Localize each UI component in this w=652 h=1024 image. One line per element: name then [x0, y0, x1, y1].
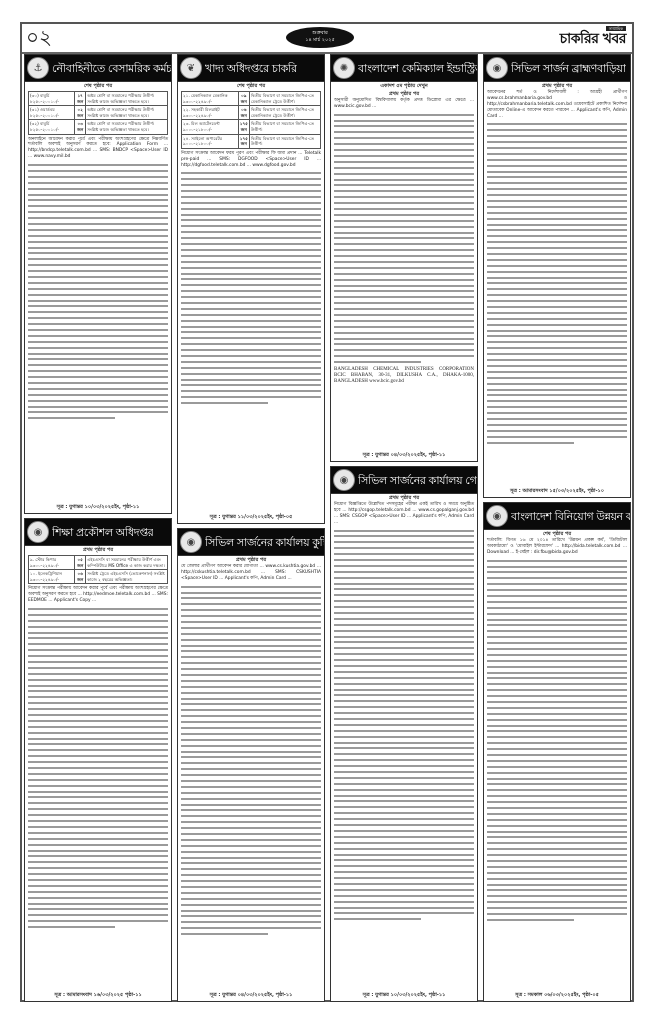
vacancy-table: ৯. স্টোর কিপার ৯৩০০-২২৪৯০/-০৫ জনএইচএসসি … [28, 555, 168, 584]
source-line: সূত্র : যুগান্তর ১০/০৩/২০২৫ইং, পৃষ্ঠা-১১ [331, 992, 477, 999]
body-text-block [484, 123, 630, 443]
section-food-department: ❦ খাদ্য অধিদপ্তরে চাকরি শেষ পৃষ্ঠার পর ২… [177, 54, 325, 524]
section-subheading: প্রথম পৃষ্ঠার পর [331, 90, 477, 98]
table-row: ২২. সহকারী মিলরাইট ৯৩০০-২২৪৯০/-০৬ জনদ্বি… [182, 106, 321, 120]
section-banner: ⚓ নৌবাহিনীতে বেসামরিক কর্মচারী নিয়োগ [25, 55, 171, 82]
section-subheading: প্রথম পৃষ্ঠার পর [484, 82, 630, 90]
government-seal-icon: ◉ [486, 57, 508, 79]
table-row: (৩১) ওয়ার্ডবয় ৮২৫০-২০০১০/-০২ জনঅষ্টম শ… [29, 106, 168, 120]
table-row: ২১. মেকানিক্যাল মেকানিক ৯৩০০-২২৪৯০/-০৯ জ… [182, 92, 321, 106]
section-banner: ◉ বাংলাদেশ বিনিয়োগ উন্নয়ন কর্তৃপক্ষ [484, 503, 630, 530]
government-seal-icon: ◉ [180, 531, 202, 553]
section-subheading-top: একাদশ ৫ম পৃষ্ঠায় দেখুন [331, 82, 477, 90]
body-text-block [25, 608, 171, 928]
date-text: ১৪ মার্চ ২০২৫ [286, 37, 354, 44]
section-education-engineering: ◉ শিক্ষা প্রকৌশল অধিদপ্তর প্রথম পৃষ্ঠার … [24, 518, 172, 1002]
body-text-block [178, 586, 324, 936]
section-civil-surgeon-gopalganj: ◉ সিভিল সার্জনের কার্যালয় গোপালগঞ্জ প্র… [330, 466, 478, 1002]
brand-name: চাকরির খবর [560, 31, 626, 47]
section-title: শিক্ষা প্রকৌশল অধিদপ্তর [52, 526, 153, 539]
section-banner: ✺ বাংলাদেশ কেমিক্যাল ইন্ডাস্ট্রিজ [331, 55, 477, 82]
bcic-emblem-icon: ✺ [333, 57, 355, 79]
section-body: অনলাইনে আবেদন করার পূর্বে এবং পরীক্ষায় … [25, 137, 171, 161]
section-subheading: প্রথম পৃষ্ঠার পর [178, 556, 324, 564]
section-subheading: শেষ পৃষ্ঠার পর [178, 82, 324, 90]
table-row: ৯. স্টোর কিপার ৯৩০০-২২৪৯০/-০৫ জনএইচএসসি … [29, 556, 168, 570]
government-seal-icon: ◉ [486, 505, 508, 527]
section-chemical-industries: ✺ বাংলাদেশ কেমিক্যাল ইন্ডাস্ট্রিজ একাদশ … [330, 54, 478, 462]
date-day: শুক্রবার [286, 30, 354, 37]
section-banner: ❦ খাদ্য অধিদপ্তরে চাকরি [178, 55, 324, 82]
section-body: শর্তাবলি: বিগত ১৬ মে ২০১৪ তারিখে 'উন্নয়… [484, 538, 630, 556]
body-text-block [25, 164, 171, 419]
source-line: সূত্র : আমারসংবাদ ১৬/০৩/২০২৫ পৃষ্ঠা-১১ [25, 992, 171, 999]
vacancy-table: ২১. মেকানিক্যাল মেকানিক ৯৩০০-২২৪৯০/-০৯ জ… [181, 91, 321, 149]
section-banner: ◉ সিভিল সার্জনের কার্যালয় কুষ্টিয়া [178, 529, 324, 556]
section-title: বাংলাদেশ কেমিক্যাল ইন্ডাস্ট্রিজ [358, 62, 477, 75]
government-seal-icon: ◉ [333, 469, 355, 491]
section-civil-surgeon-brahmanbaria: ◉ সিভিল সার্জন ব্রাহ্মণবাড়িয়া প্রথম পৃ… [483, 54, 631, 498]
source-line: সূত্র : যুগান্তর ০৪/০৩/২০২৫ইং, পৃষ্ঠা-১১ [331, 452, 477, 459]
section-title: সিভিল সার্জন ব্রাহ্মণবাড়িয়া [511, 62, 626, 75]
table-row: (৩০) বাবুর্চি ৮২৫০-২০০১০/-১৭ জনঅষ্টম শ্র… [29, 92, 168, 106]
section-banner: ◉ শিক্ষা প্রকৌশল অধিদপ্তর [25, 519, 171, 546]
section-title: নৌবাহিনীতে বেসামরিক কর্মচারী নিয়োগ [52, 62, 171, 75]
anchor-icon: ⚓ [27, 57, 49, 79]
vacancy-table: (৩০) বাবুর্চি ৮২৫০-২০০১০/-১৭ জনঅষ্টম শ্র… [28, 91, 168, 135]
table-row: (৩২) বাবুর্চি ৮২৫০-২০০১০/-০৩ জনঅষ্টম শ্র… [29, 120, 168, 134]
section-body: নিয়োগ সংক্রান্ত আবেদন ফরম পূরণ এবং পরীক… [178, 151, 324, 169]
contact-address: BANGLADESH CHEMICAL INDUSTRIES CORPORATI… [331, 367, 477, 385]
body-text-block [178, 172, 324, 404]
section-navy-recruitment: ⚓ নৌবাহিনীতে বেসামরিক কর্মচারী নিয়োগ শে… [24, 54, 172, 514]
source-line: সূত্র : সমকাল ০৬/০৩/২০২৫ইং, পৃষ্ঠা-০৫ [484, 992, 630, 999]
section-title: বাংলাদেশ বিনিয়োগ উন্নয়ন কর্তৃপক্ষ [511, 510, 630, 523]
section-banner: ◉ সিভিল সার্জনের কার্যালয় গোপালগঞ্জ [331, 467, 477, 494]
section-banner: ◉ সিভিল সার্জন ব্রাহ্মণবাড়িয়া [484, 55, 630, 82]
table-row: ১০. ইলেকট্রিশিয়ান ৯৩০০-২২৪৯০/-০৬ জনসংশ্… [29, 570, 168, 584]
source-line: সূত্র : আমারসংবাদ ১৫/০৩/২০২৫ইং, পৃষ্ঠা-১… [484, 488, 630, 495]
section-title: খাদ্য অধিদপ্তরে চাকরি [205, 62, 297, 75]
masthead: ০২ শুক্রবার ১৪ মার্চ ২০২৫ সাপ্তাহিক চাকর… [22, 24, 632, 54]
body-text-block [331, 114, 477, 363]
table-row: ২৪. স্যাইলো অপারেটর ৯০০০-২১৮০০/-১৭৫ জনদ্… [182, 134, 321, 148]
newspaper-page: ০২ শুক্রবার ১৪ মার্চ ২০২৫ সাপ্তাহিক চাকর… [20, 22, 634, 1002]
food-emblem-icon: ❦ [180, 57, 202, 79]
section-subheading: শেষ পৃষ্ঠার পর [484, 530, 630, 538]
government-seal-icon: ◉ [27, 521, 49, 543]
table-row: ২৩. মিল অ্যাটেনডেন্ট ৯০০০-২১৮০০/-১৭৫ জনদ… [182, 120, 321, 134]
section-body: নিয়োগ সংক্রান্ত পরীক্ষায় আবেদন করার পূ… [25, 586, 171, 604]
section-title: সিভিল সার্জনের কার্যালয় গোপালগঞ্জ [358, 474, 477, 487]
section-subheading: প্রথম পৃষ্ঠার পর [25, 546, 171, 554]
source-line: সূত্র : যুগান্তর ১১/০৩/২০২৫ইং, পৃষ্ঠা-০৫ [178, 514, 324, 521]
section-title: সিভিল সার্জনের কার্যালয় কুষ্টিয়া [205, 536, 324, 549]
body-text-block [484, 560, 630, 921]
section-body: অনুসারী অনুমোদিত বিশ্ববিদ্যালয় কর্তৃক প… [331, 98, 477, 110]
section-civil-surgeon-kushtia: ◉ সিভিল সার্জনের কার্যালয় কুষ্টিয়া প্র… [177, 528, 325, 1002]
date-badge: শুক্রবার ১৪ মার্চ ২০২৫ [286, 27, 354, 48]
brand-logo: সাপ্তাহিক চাকরির খবর [560, 26, 626, 47]
source-line: সূত্র : যুগান্তর ০৪/০৩/২০২৫ইং, পৃষ্ঠা-১১ [178, 992, 324, 999]
section-subheading: শেষ পৃষ্ঠার পর [25, 82, 171, 90]
source-line: সূত্র : যুগান্তর ১০/০৩/২০২৫ইং, পৃষ্ঠা-১১ [25, 504, 171, 511]
section-subheading: প্রথম পৃষ্ঠার পর [331, 494, 477, 502]
section-body: আবেদনের শর্ত ও নির্দেশাবলী : আগ্রহী প্রা… [484, 90, 630, 120]
page-number: ০২ [26, 24, 52, 50]
section-body: যে জেলার প্রার্থীগণ আবেদন করার যোগ্যতা .… [178, 564, 324, 582]
body-text-block [331, 530, 477, 921]
section-body: নিয়োগ বিজ্ঞপ্তিতে উল্লেখিত পদসমূহের পরী… [331, 502, 477, 526]
section-investment-development-authority: ◉ বাংলাদেশ বিনিয়োগ উন্নয়ন কর্তৃপক্ষ শে… [483, 502, 631, 1002]
